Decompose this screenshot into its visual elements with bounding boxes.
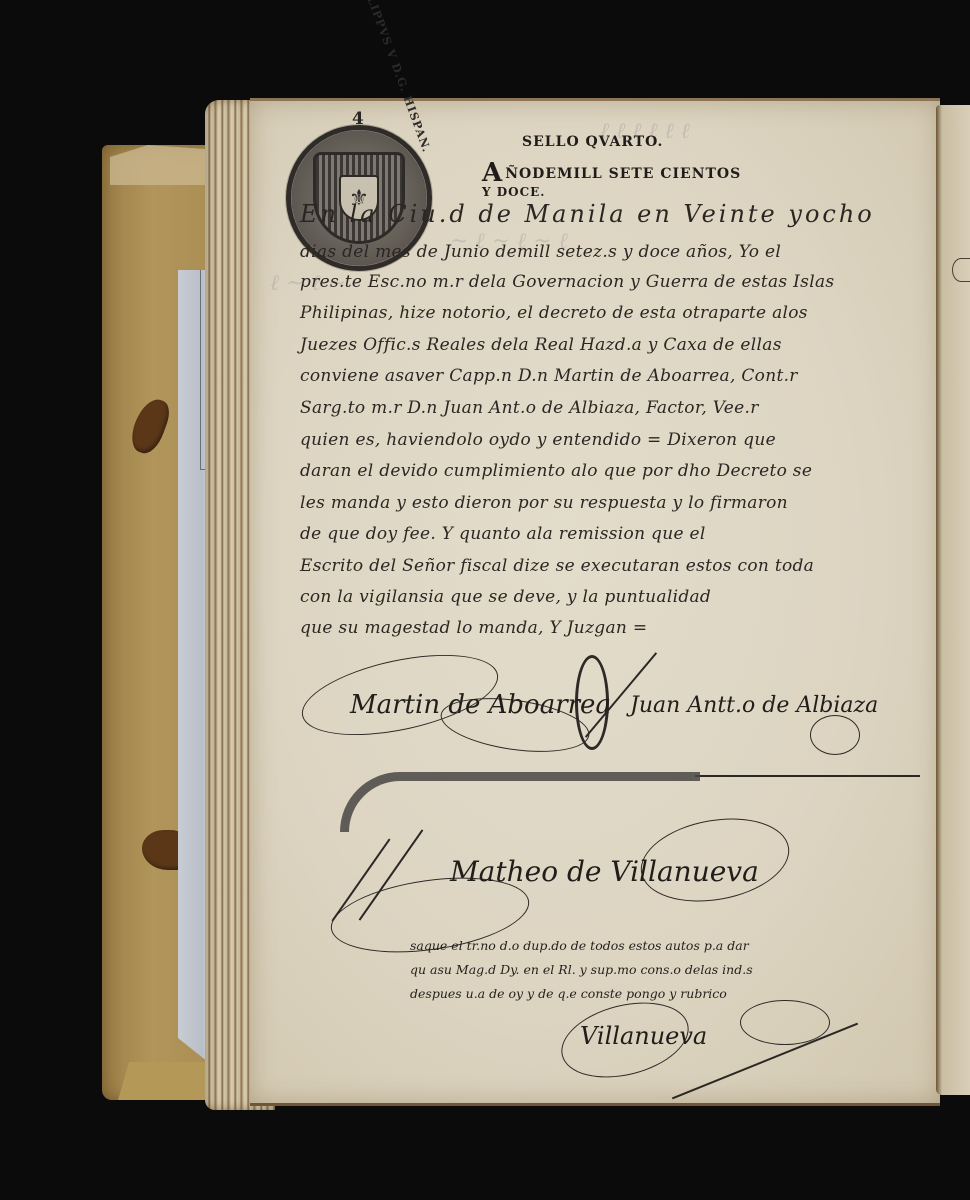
adjacent-page-ink-mark [952, 258, 970, 282]
body-line: con la vigilansia que se deve, y la punt… [300, 587, 711, 607]
stamp-header-line-1: SELLO QVARTO. [522, 134, 663, 150]
stamp-header-initial: A [482, 158, 503, 188]
signature-text: Matheo de Villanueva [450, 855, 759, 888]
notary-note-line: saque el tr.no d.o dup.do de todos estos… [410, 938, 749, 953]
thick-pen-flourish [340, 772, 700, 832]
signature-text: Juan Antt.o de Albiaza [630, 693, 878, 718]
body-line: les manda y esto dieron por su respuesta… [300, 493, 788, 513]
body-line: de que doy fee. Y quanto ala remission q… [300, 524, 706, 544]
signature-text: Martin de Aboarrea [350, 690, 611, 720]
body-line: que su magestad lo manda, Y Juzgan = [300, 618, 647, 638]
signature-text: Villanueva [580, 1022, 707, 1050]
body-line: Escrito del Señor fiscal dize se executa… [300, 556, 814, 576]
signature-rubric [810, 715, 860, 755]
body-line: quien es, haviendolo oydo y entendido = … [300, 430, 776, 450]
body-line: daran el devido cumplimiento alo que por… [300, 461, 812, 481]
stamp-header-year-text: ÑODEMILL SETE CIENTOS [505, 166, 741, 182]
body-line: dias del mes de Junio demill setez.s y d… [300, 242, 781, 262]
coat-of-arms-icon: ⚜ [313, 152, 405, 244]
body-line: En la Ciu.d de Manila en Veinte yocho [300, 200, 875, 228]
body-line: Juezes Offic.s Reales dela Real Hazd.a y… [300, 335, 782, 355]
body-line: Philipinas, hize notorio, el decreto de … [300, 303, 808, 323]
notary-note-line: despues u.a de oy y de q.e conste pongo … [410, 986, 727, 1001]
adjacent-page-edge [936, 105, 970, 1095]
archival-photograph: ℓ ℓ ℓ ℓ ℓ ℓ ~ ℓ ~ ℓ ~ ℓ ℓ ~ ℓ ~ 4 ⚜ PHIL… [0, 0, 970, 1200]
stamp-header-line-3: Y DOCE. [482, 185, 545, 199]
body-line: conviene asaver Capp.n D.n Martin de Abo… [300, 366, 798, 386]
notary-note-line: qu asu Mag.d Dy. en el Rl. y sup.mo cons… [410, 962, 753, 977]
signature-underline [695, 775, 920, 777]
stamp-header-line-2: AÑODEMILL SETE CIENTOS [482, 158, 741, 188]
body-line: Sarg.to m.r D.n Juan Ant.o de Albiaza, F… [300, 398, 759, 418]
body-line: pres.te Esc.no m.r dela Governacion y Gu… [300, 272, 834, 292]
